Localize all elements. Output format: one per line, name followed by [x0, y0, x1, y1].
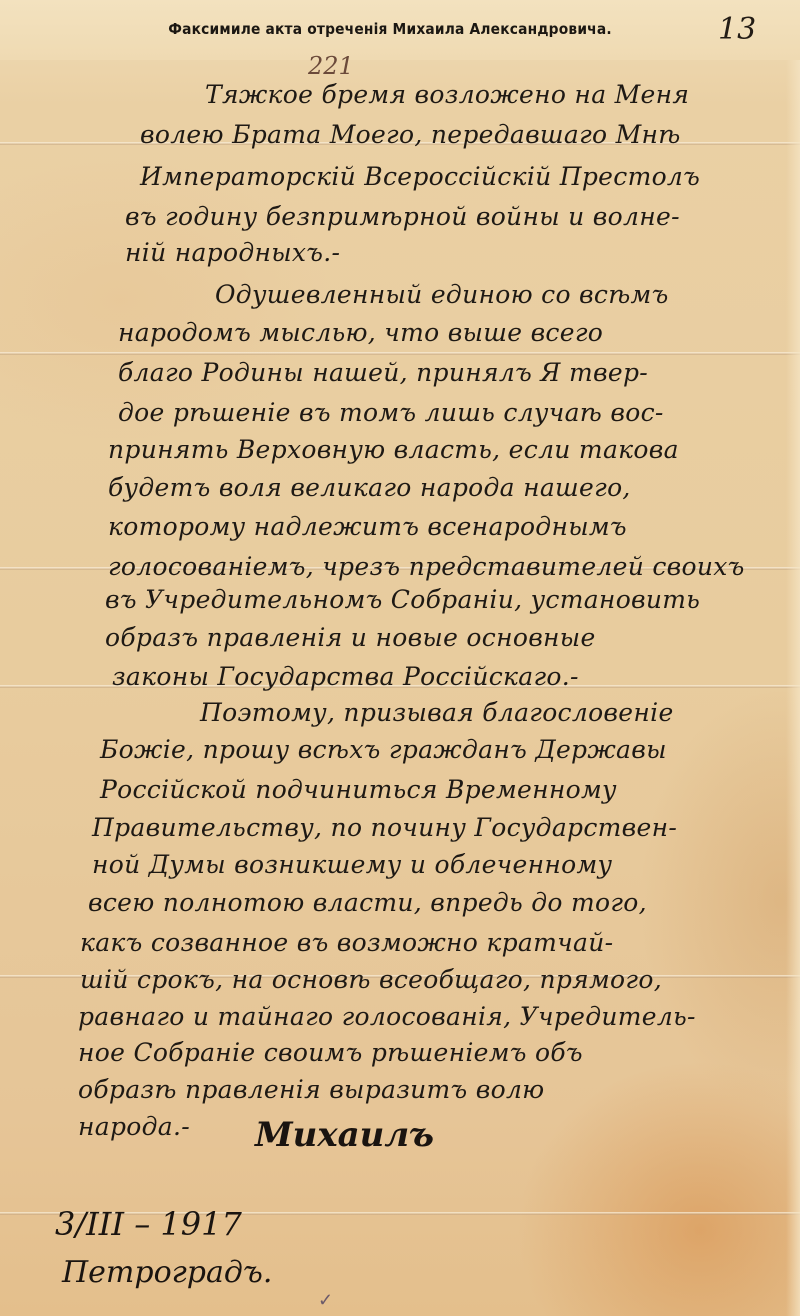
paper-edge — [786, 60, 800, 1316]
manuscript-line: Императорскій Всероссійскій Престолъ — [140, 162, 700, 191]
manuscript-line: принять Верховную власть, если такова — [108, 435, 679, 464]
manuscript-line: образъ правленія и новые основные — [105, 623, 596, 652]
manuscript-line: Божіе, прошу всѣхъ гражданъ Державы — [100, 735, 667, 764]
archive-folio-mark: 221 — [308, 52, 354, 80]
manuscript-line: будетъ воля великаго народа нашего, — [108, 473, 631, 502]
page-number: 13 — [718, 12, 756, 47]
manuscript-line: ное Собраніе своимъ рѣшеніемъ объ — [78, 1038, 583, 1067]
manuscript-line: какъ созванное въ возможно кратчай- — [80, 928, 613, 957]
manuscript-line: волею Брата Моего, передавшаго Мнѣ — [140, 120, 681, 149]
date: 3/III – 1917 — [55, 1205, 242, 1243]
manuscript-line: равнаго и тайнаго голосованія, Учредител… — [78, 1002, 696, 1031]
manuscript-line: законы Государства Россійскаго.- — [112, 662, 579, 691]
manuscript-line: которому надлежитъ всенароднымъ — [108, 512, 627, 541]
manuscript-line: народа.- — [78, 1112, 190, 1141]
checkmark-icon: ✓ — [318, 1290, 333, 1311]
manuscript-line: въ годину безпримѣрной войны и волне- — [125, 202, 680, 231]
signature: Михаилъ — [255, 1115, 434, 1155]
place: Петроградъ. — [62, 1255, 272, 1290]
manuscript-line: народомъ мыслью, что выше всего — [118, 318, 603, 347]
manuscript-line: дое рѣшеніе въ томъ лишь случаѣ вос- — [118, 398, 664, 427]
manuscript-line: образѣ правленія выразитъ волю — [78, 1075, 545, 1104]
manuscript-line: Россійской подчиниться Временному — [100, 775, 617, 804]
paper-fold-line — [0, 352, 800, 355]
manuscript-line: ной Думы возникшему и облеченному — [92, 850, 612, 879]
manuscript-line: Правительству, по почину Государствен- — [92, 813, 677, 842]
manuscript-line: въ Учредительномъ Собраніи, установить — [105, 585, 700, 614]
manuscript-line: Одушевленный единою со всѣмъ — [215, 280, 669, 309]
manuscript-line: шій срокъ, на основѣ всеобщаго, прямого, — [80, 965, 662, 994]
document-scan: Факсимиле акта отреченія Михаила Алексан… — [0, 0, 800, 1316]
manuscript-line: благо Родины нашей, принялъ Я твер- — [118, 358, 648, 387]
manuscript-line: ній народныхъ.- — [125, 238, 340, 267]
manuscript-line: Поэтому, призывая благословеніе — [200, 698, 674, 727]
manuscript-line: Тяжкое бремя возложено на Меня — [205, 80, 689, 109]
manuscript-line: всею полнотою власти, впредь до того, — [88, 888, 647, 917]
manuscript-line: голосованіемъ, чрезъ представителей свои… — [108, 552, 745, 581]
header-title: Факсимиле акта отреченія Михаила Алексан… — [105, 20, 675, 38]
